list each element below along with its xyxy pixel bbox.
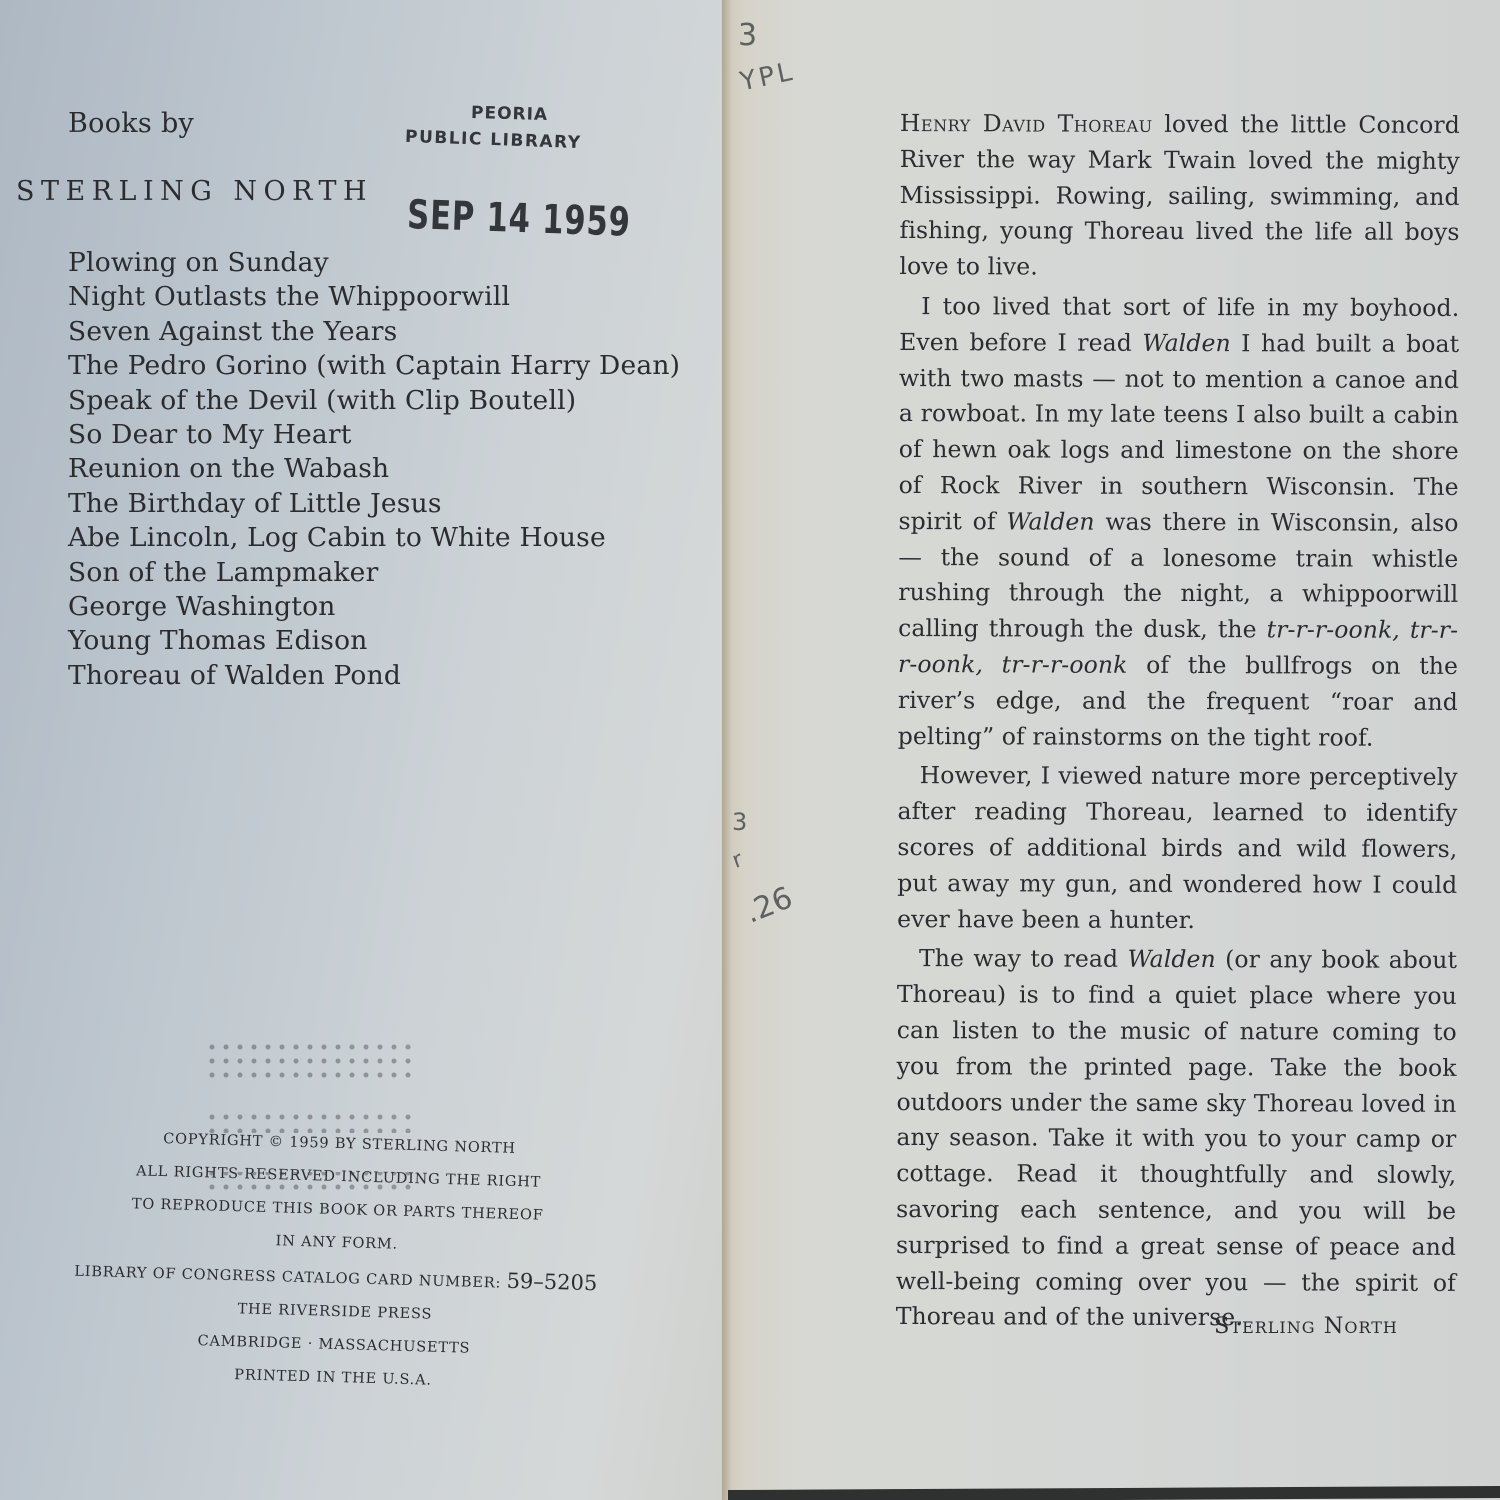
lccn-number: 59–5205 <box>506 1269 597 1296</box>
pencil-mark-margin-number: 3 <box>732 808 747 836</box>
book-title: Night Outlasts the Whippoorwill <box>68 280 680 314</box>
copyright-imprint: Copyright © 1959 by Sterling North All r… <box>43 1120 630 1403</box>
library-stamp-name: PEORIA <box>471 103 549 125</box>
book-title: The Pedro Gorino (with Captain Harry Dea… <box>68 349 680 383</box>
books-by-heading: Books by <box>68 108 194 139</box>
essay-paragraph: Henry David Thoreau loved the little Con… <box>899 106 1460 287</box>
book-title: Plowing on Sunday <box>68 246 680 280</box>
book-title: George Washington <box>68 590 680 624</box>
essay-paragraph: I too lived that sort of life in my boyh… <box>898 289 1460 756</box>
essay-text: (or any book about Thoreau) is to find a… <box>896 945 1457 1331</box>
foreword-essay: Henry David Thoreau loved the little Con… <box>896 106 1460 1337</box>
book-title: Reunion on the Wabash <box>68 452 680 486</box>
pencil-mark-number: 3 <box>738 18 757 53</box>
book-title-italic: Walden <box>1142 329 1230 357</box>
book-title: Speak of the Devil (with Clip Boutell) <box>68 384 680 418</box>
essay-text: I had built a boat with two masts — not … <box>899 329 1460 535</box>
essay-paragraph: However, I viewed nature more perceptive… <box>897 758 1458 939</box>
book-list: Plowing on Sunday Night Outlasts the Whi… <box>68 246 680 693</box>
library-date-stamp: SEP 14 1959 <box>406 192 631 246</box>
book-title: Thoreau of Walden Pond <box>68 659 680 693</box>
book-title: Abe Lincoln, Log Cabin to White House <box>68 521 680 555</box>
essay-text: The way to read <box>919 944 1128 973</box>
author-name-heading: STERLING NORTH <box>16 176 373 207</box>
essay-lead-name: Henry David Thoreau <box>900 109 1153 138</box>
essay-paragraph: The way to read Walden (or any book abou… <box>896 941 1457 1337</box>
book-gutter <box>722 0 732 1500</box>
book-title: Young Thomas Edison <box>68 624 680 658</box>
book-title: Seven Against the Years <box>68 315 680 349</box>
book-title: The Birthday of Little Jesus <box>68 487 680 521</box>
essay-signature: Sterling North <box>1214 1313 1398 1339</box>
book-title-italic: Walden <box>1006 507 1094 535</box>
lccn-label: Library of Congress Catalog Card Number: <box>74 1264 501 1292</box>
book-title-italic: Walden <box>1127 945 1215 973</box>
book-title: So Dear to My Heart <box>68 418 680 452</box>
book-title: Son of the Lampmaker <box>68 556 680 590</box>
